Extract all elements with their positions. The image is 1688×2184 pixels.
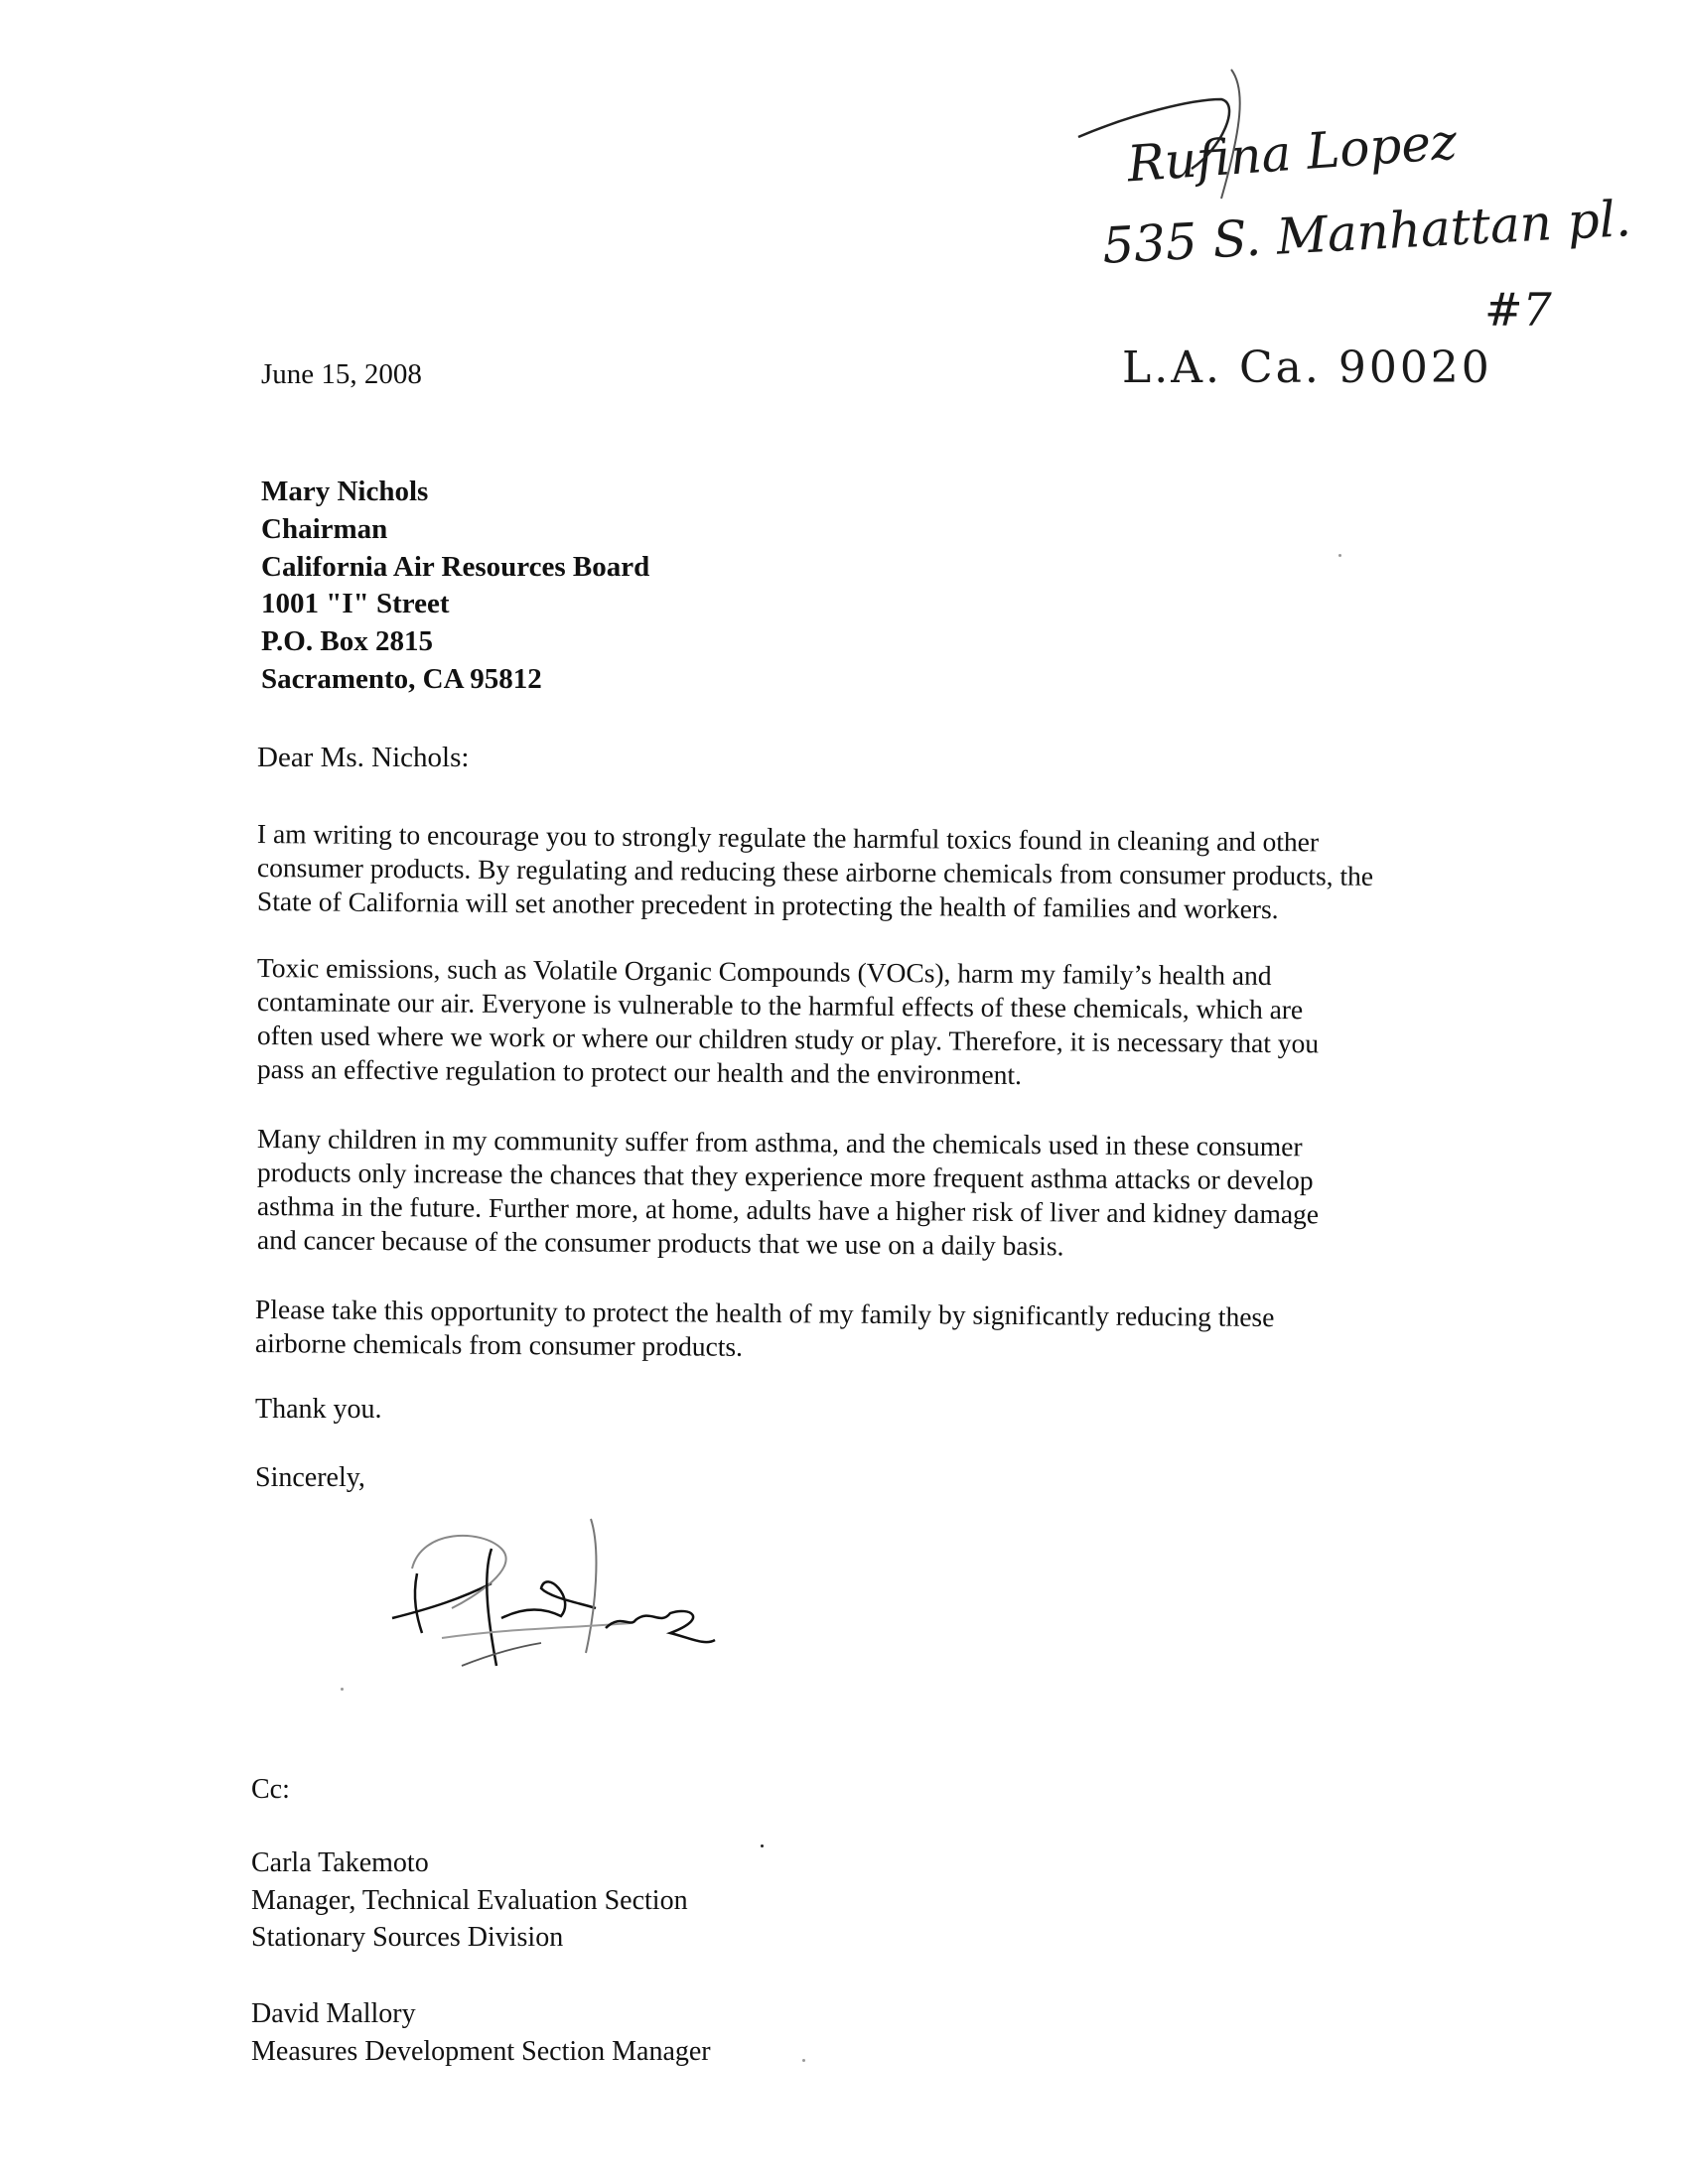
cc-name: Carla Takemoto xyxy=(251,1846,429,1880)
paragraph-line: and cancer because of the consumer produ… xyxy=(257,1223,1064,1263)
recipient-city: Sacramento, CA 95812 xyxy=(261,662,542,696)
recipient-street: 1001 "I" Street xyxy=(261,587,450,620)
paragraph-line: State of California will set another pre… xyxy=(257,885,1279,926)
thank-you-line: Thank you. xyxy=(255,1393,382,1427)
letter-page: Rufina Lopez 535 S. Manhattan pl. #7 L.A… xyxy=(0,0,1688,2184)
letter-date: June 15, 2008 xyxy=(261,357,422,391)
recipient-po-box: P.O. Box 2815 xyxy=(261,624,433,658)
recipient-title: Chairman xyxy=(261,512,387,546)
salutation: Dear Ms. Nichols: xyxy=(257,741,469,774)
cc-division: Stationary Sources Division xyxy=(251,1921,563,1955)
scan-speck xyxy=(761,1844,764,1847)
scan-speck xyxy=(1338,554,1341,557)
cc-name: David Mallory xyxy=(251,1997,416,2031)
cc-title: Manager, Technical Evaluation Section xyxy=(251,1884,688,1918)
handwriting-flourish-icon xyxy=(1072,60,1271,208)
scan-speck xyxy=(802,2059,805,2062)
scan-speck xyxy=(341,1688,344,1691)
handwritten-signature-icon xyxy=(372,1489,730,1678)
cc-title: Measures Development Section Manager xyxy=(251,2035,711,2069)
handwritten-unit: #7 xyxy=(1484,283,1552,337)
cc-label: Cc: xyxy=(251,1773,290,1807)
recipient-organization: California Air Resources Board xyxy=(261,550,649,584)
paragraph-line: pass an effective regulation to protect … xyxy=(257,1052,1022,1092)
closing-line: Sincerely, xyxy=(255,1461,365,1495)
paragraph-line: airborne chemicals from consumer product… xyxy=(255,1326,743,1364)
handwritten-city: L.A. Ca. 90020 xyxy=(1122,342,1492,393)
recipient-name: Mary Nichols xyxy=(261,475,428,508)
